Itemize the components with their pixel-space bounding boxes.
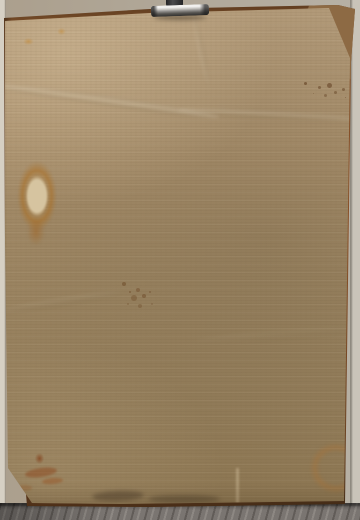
crease-upper-right — [178, 105, 360, 124]
crease-lower-right — [195, 324, 360, 346]
bottom-edge-smudge-1 — [92, 490, 144, 502]
stain-bottom-left-smudge-2 — [42, 477, 63, 485]
paper-sheet — [0, 0, 360, 520]
crease-upper-left — [0, 80, 220, 122]
stain-bottom-left-dot — [34, 452, 45, 465]
bottom-edge-smudge-2 — [148, 495, 220, 503]
ring-stain-left — [12, 152, 62, 240]
wall-right-strip — [350, 0, 360, 504]
stain-bottom-left-smudge-3 — [17, 485, 32, 491]
paper-texture-overlay — [0, 0, 360, 520]
speckle-cluster-right — [304, 82, 307, 85]
ring-stain-left-tail — [24, 214, 48, 250]
orange-dot-top-left-2 — [56, 27, 67, 36]
speckle-cluster-middle — [122, 282, 126, 286]
crease-bottom-vertical — [236, 468, 239, 504]
paper-edge-shading — [0, 0, 360, 520]
wrinkle-below-clip — [191, 15, 211, 85]
stain-bottom-left-smudge-1 — [25, 466, 58, 479]
photo-aged-paper-on-wall — [0, 0, 360, 520]
crease-mid-left — [0, 288, 124, 316]
binder-clip-bar — [151, 4, 209, 17]
orange-dot-top-left-1 — [22, 37, 35, 46]
